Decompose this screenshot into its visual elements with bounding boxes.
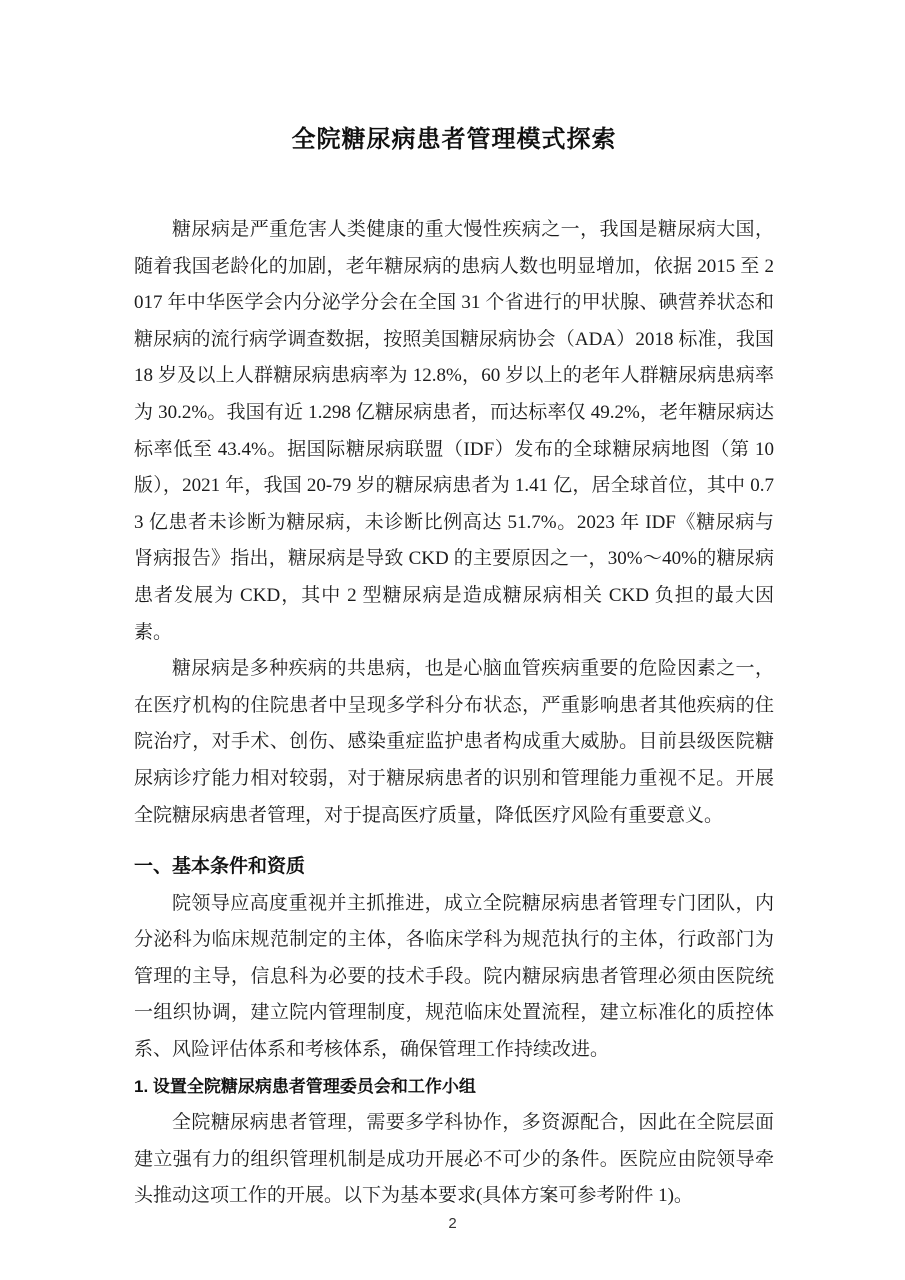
page-number: 2 xyxy=(0,1215,905,1232)
section-heading-basic-conditions: 一、基本条件和资质 xyxy=(134,849,774,886)
document-page: 全院糖尿病患者管理模式探索 糖尿病是严重危害人类健康的重大慢性疾病之一，我国是糖… xyxy=(0,0,905,1280)
paragraph-committee-requirements: 全院糖尿病患者管理，需要多学科协作，多资源配合，因此在全院层面建立强有力的组织管… xyxy=(134,1105,774,1215)
subsection-heading-management-committee: 1. 设置全院糖尿病患者管理委员会和工作小组 xyxy=(134,1069,774,1106)
paragraph-comorbidity-significance: 糖尿病是多种疾病的共患病，也是心脑血管疾病重要的危险因素之一，在医疗机构的住院患… xyxy=(134,651,774,834)
paragraph-epidemiology: 糖尿病是严重危害人类健康的重大慢性疾病之一，我国是糖尿病大国，随着我国老龄化的加… xyxy=(134,212,774,651)
paragraph-hospital-leadership: 院领导应高度重视并主抓推进，成立全院糖尿病患者管理专门团队，内分泌科为临床规范制… xyxy=(134,886,774,1069)
document-title: 全院糖尿病患者管理模式探索 xyxy=(134,122,774,158)
